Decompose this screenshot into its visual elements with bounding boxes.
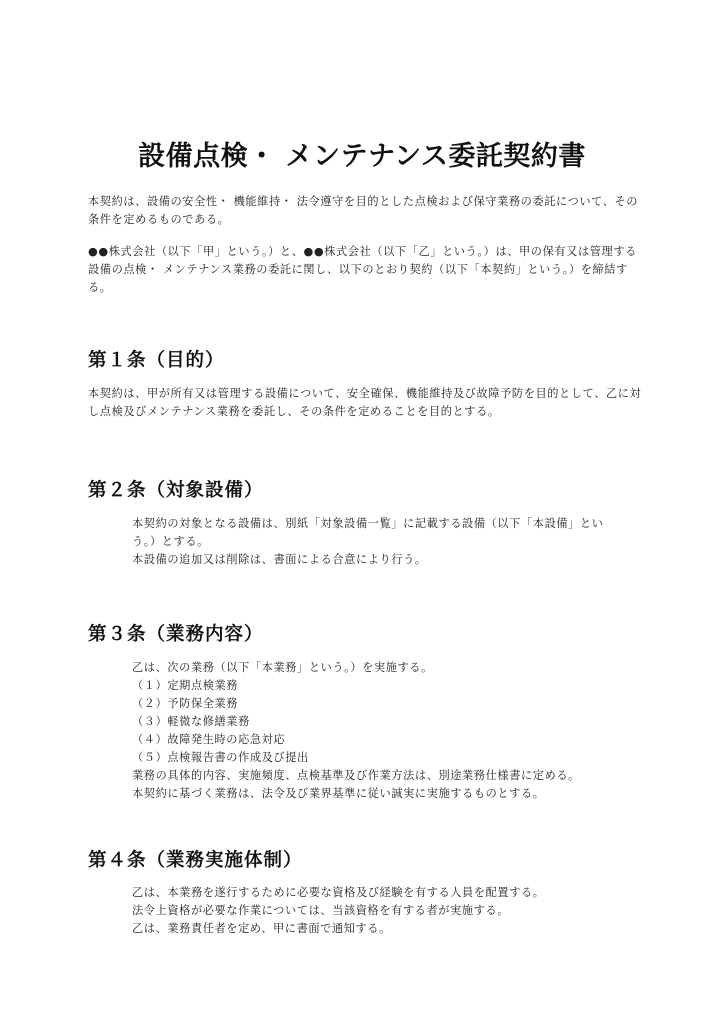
article-2-line: う。）とする。 (132, 533, 652, 551)
article-3-list-item: （１）定期点検業務 (132, 677, 652, 695)
article-4-heading: 第４条（業務実施体制） (88, 846, 303, 872)
article-3-list-item: （３）軽微な修繕業務 (132, 713, 652, 731)
article-3-line: 乙は、次の業務（以下「本業務」という。）を実施する。 (132, 659, 652, 677)
article-2-line: 本設備の追加又は削除は、書面による合意により行う。 (132, 551, 652, 569)
article-3-body: 乙は、次の業務（以下「本業務」という。）を実施する。 （１）定期点検業務 （２）… (132, 659, 652, 803)
article-4-line: 法令上資格が必要な作業については、当該資格を有する者が実施する。 (132, 902, 652, 920)
article-3-list-item: （４）故障発生時の応急対応 (132, 731, 652, 749)
preamble-purpose: 本契約は、設備の安全性・ 機能維持・ 法令遵守を目的とした点検および保守業務の委… (88, 193, 648, 229)
article-2-body: 本契約の対象となる設備は、別紙「対象設備一覧」に記載する設備（以下「本設備」とい… (132, 515, 652, 569)
article-3-line: 業務の具体的内容、実施頻度、点検基準及び作業方法は、別途業務仕様書に定める。 (132, 767, 652, 785)
article-4-line: 乙は、本業務を遂行するために必要な資格及び経験を有する人員を配置する。 (132, 884, 652, 902)
article-4-body: 乙は、本業務を遂行するために必要な資格及び経験を有する人員を配置する。 法令上資… (132, 884, 652, 938)
article-2-heading: 第２条（対象設備） (88, 476, 264, 502)
article-2-line: 本契約の対象となる設備は、別紙「対象設備一覧」に記載する設備（以下「本設備」とい (132, 515, 652, 533)
article-1-body: 本契約は、甲が所有又は管理する設備について、安全確保、機能維持及び故障予防を目的… (88, 385, 648, 421)
preamble-parties: ●●株式会社（以下「甲」という。）と、●●株式会社（以下「乙」という。）は、甲の… (88, 243, 648, 297)
article-4-line: 乙は、業務責任者を定め、甲に書面で通知する。 (132, 920, 652, 938)
article-3-line: 本契約に基づく業務は、法令及び業界基準に従い誠実に実施するものとする。 (132, 785, 652, 803)
document-title: 設備点検・ メンテナンス委託契約書 (0, 134, 724, 173)
article-1-heading: 第１条（目的） (88, 346, 225, 372)
article-3-list-item: （２）予防保全業務 (132, 695, 652, 713)
article-3-list-item: （５）点検報告書の作成及び提出 (132, 749, 652, 767)
article-3-heading: 第３条（業務内容） (88, 620, 264, 646)
